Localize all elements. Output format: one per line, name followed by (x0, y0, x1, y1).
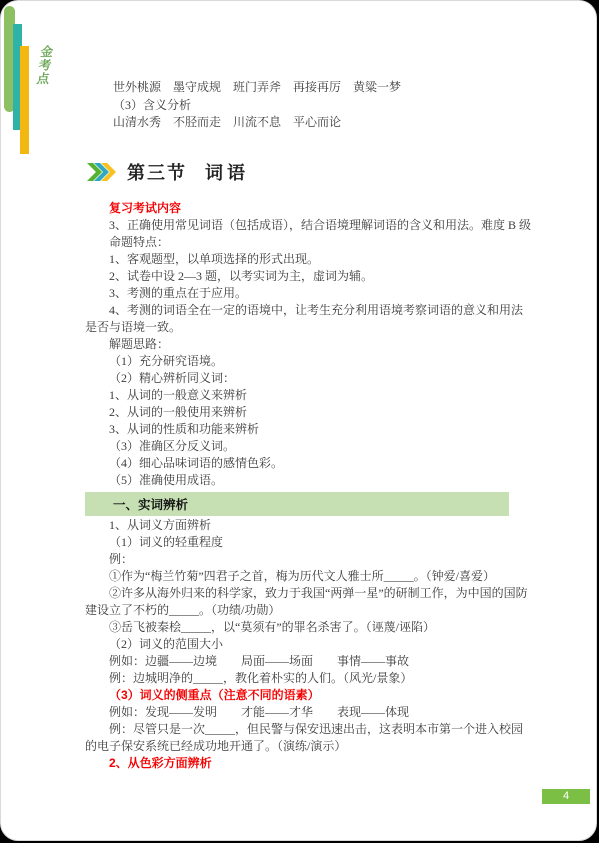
paragraph: 例： (85, 551, 533, 568)
paragraph: ③岳飞被秦桧_____，以“莫须有”的罪名杀害了。（诬蔑/诬陷） (85, 619, 533, 636)
paragraph: ①作为“梅兰竹菊”四君子之首，梅为历代文人雅士所_____。（钟爱/喜爱） (85, 568, 533, 585)
paragraph: 1、从词的一般意义来辨析 (85, 387, 533, 404)
paragraph: （5）准确使用成语。 (85, 472, 533, 489)
paragraph: （1）充分研究语境。 (85, 353, 533, 370)
intro-block: 世外桃源 墨守成规 班门弄斧 再接再厉 黄粱一梦 （3）含义分析 山清水秀 不胫… (85, 79, 533, 132)
brand-logo: 金考点 (34, 45, 54, 86)
section-title: 词语 (205, 159, 249, 185)
red-heading-emphasis: （3）词义的侧重点（注意不同的语素） (85, 687, 533, 704)
main-content: 复习考试内容 3、正确使用常见词语（包括成语），结合语境理解词语的含义和用法。难… (85, 200, 533, 772)
intro-line: （3）含义分析 (85, 97, 533, 115)
decoration-bar-yellow (20, 46, 29, 154)
intro-line: 世外桃源 墨守成规 班门弄斧 再接再厉 黄粱一梦 (85, 79, 533, 97)
paragraph: 例：边城明净的_____，教化着朴实的人们。（风光/景象） (85, 670, 533, 687)
paragraph: 解题思路： (85, 336, 533, 353)
paragraph: 4、考测的词语全在一定的语境中，让考生充分利用语境考察词语的意义和用法是否与语境… (85, 302, 533, 336)
paragraph: 例如：发现——发明 才能——才华 表现——体现 (85, 704, 533, 721)
paragraph: （1）词义的轻重程度 (85, 534, 533, 551)
paragraph: 2、试卷中设 2—3 题，以考实词为主，虚词为辅。 (85, 268, 533, 285)
paragraph: 例如：边疆——边境 局面——场面 事情——事故 (85, 653, 533, 670)
paragraph: ②许多从海外归来的科学家，致力于我国“两弹一星”的研制工作，为中国的国防建设立了… (85, 585, 533, 619)
intro-line: 山清水秀 不胫而走 川流不息 平心而论 (85, 114, 533, 132)
red-heading-exam-content: 复习考试内容 (85, 200, 533, 217)
paragraph: 1、从词义方面辨析 (85, 517, 533, 534)
triple-chevron-icon (87, 163, 119, 181)
paragraph: （2）精心辨析同义词： (85, 370, 533, 387)
page-number-badge: 4 (542, 789, 590, 804)
paragraph: 例：尽管只是一次_____，但民警与保安迅速出击，这表明本市第一个进入校园的电子… (85, 721, 533, 755)
paragraph: （3）准确区分反义词。 (85, 438, 533, 455)
paragraph: 3、从词的性质和功能来辨析 (85, 421, 533, 438)
paragraph: 1、客观题型，以单项选择的形式出现。 (85, 251, 533, 268)
document-page: 金考点 世外桃源 墨守成规 班门弄斧 再接再厉 黄粱一梦 （3）含义分析 山清水… (0, 0, 597, 841)
paragraph: 3、考测的重点在于应用。 (85, 285, 533, 302)
paragraph: 命题特点： (85, 234, 533, 251)
paragraph: （2）词义的范围大小 (85, 636, 533, 653)
topic-banner: 一、实词辨析 (85, 492, 509, 516)
section-header: 第三节 词语 (87, 159, 249, 185)
red-heading-color-analysis: 2、从色彩方面辨析 (85, 755, 533, 772)
paragraph: 3、正确使用常见词语（包括成语），结合语境理解词语的含义和用法。难度 B 级 (85, 217, 533, 234)
paragraph: 2、从词的一般使用来辨析 (85, 404, 533, 421)
section-number: 第三节 (127, 159, 187, 185)
paragraph: （4）细心品味词语的感情色彩。 (85, 455, 533, 472)
